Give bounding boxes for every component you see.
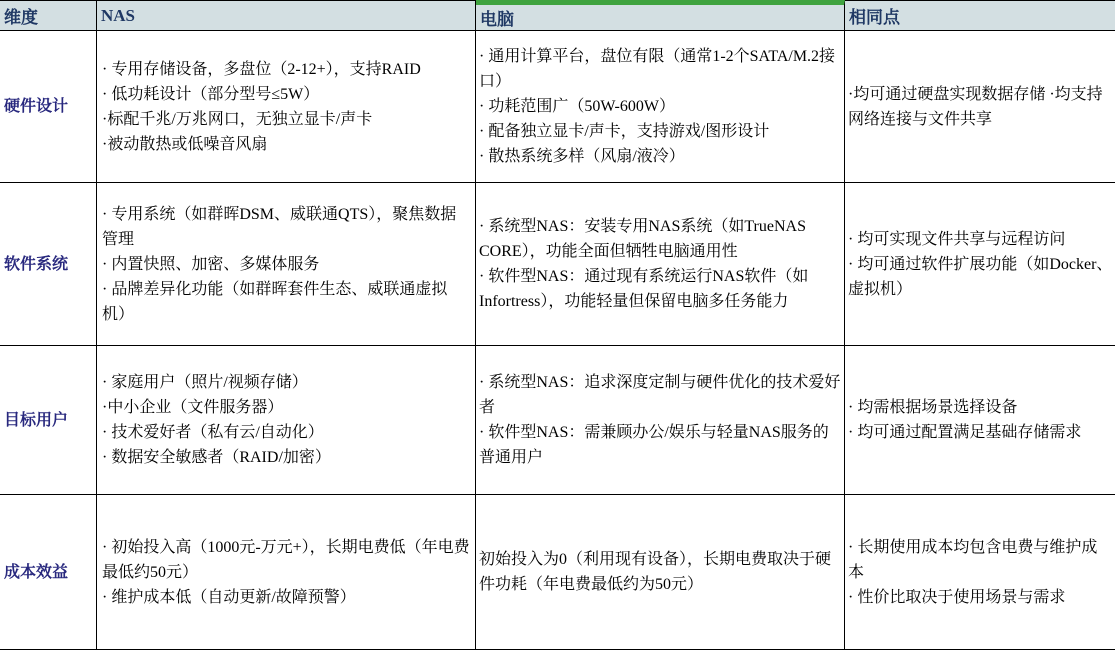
row-label-cost: 成本效益: [0, 495, 97, 650]
cell-users-nas: · 家庭用户（照片/视频存储） ·中小企业（文件服务器） · 技术爱好者（私有云…: [97, 346, 476, 495]
table-row-users: 目标用户 · 家庭用户（照片/视频存储） ·中小企业（文件服务器） · 技术爱好…: [0, 346, 1115, 495]
bullet-line: · 内置快照、加密、多媒体服务: [102, 252, 470, 277]
cell-software-pc: · 系统型NAS：安装专用NAS系统（如TrueNAS CORE），功能全面但牺…: [476, 183, 845, 346]
bullet-line: · 性价比取决于使用场景与需求: [848, 585, 1113, 610]
cell-cost-nas: · 初始投入高（1000元-万元+），长期电费低（年电费最低约50元） · 维护…: [97, 495, 476, 650]
bullet-line: · 品牌差异化功能（如群晖套件生态、威联通虚拟机）: [102, 277, 470, 327]
bullet-line: · 技术爱好者（私有云/自动化）: [102, 420, 470, 445]
row-label-hardware: 硬件设计: [0, 31, 97, 183]
bullet-line: · 配备独立显卡/声卡，支持游戏/图形设计: [479, 119, 842, 144]
header-similarities: 相同点: [845, 0, 1115, 31]
bullet-line: · 专用存储设备，多盘位（2-12+），支持RAID: [102, 57, 470, 82]
bullet-line: · 系统型NAS：追求深度定制与硬件优化的技术爱好者: [479, 370, 842, 420]
header-pc: 电脑: [476, 0, 845, 31]
cell-cost-pc: 初始投入为0（利用现有设备），长期电费取决于硬件功耗（年电费最低约为50元）: [476, 495, 845, 650]
bullet-line: ·被动散热或低噪音风扇: [102, 132, 470, 157]
header-nas: NAS: [97, 0, 476, 31]
bullet-line: · 通用计算平台，盘位有限（通常1-2个SATA/M.2接口）: [479, 44, 842, 94]
bullet-line: · 均需根据场景选择设备: [848, 395, 1113, 420]
bullet-line: 初始投入为0（利用现有设备），长期电费取决于硬件功耗（年电费最低约为50元）: [479, 547, 842, 597]
row-label-users: 目标用户: [0, 346, 97, 495]
bullet-line: · 专用系统（如群晖DSM、威联通QTS），聚焦数据管理: [102, 202, 470, 252]
bullet-line: · 维护成本低（自动更新/故障预警）: [102, 585, 470, 610]
bullet-line: · 低功耗设计（部分型号≤5W）: [102, 82, 470, 107]
bullet-line: · 均可实现文件共享与远程访问: [848, 227, 1113, 252]
bullet-line: · 软件型NAS：需兼顾办公/娱乐与轻量NAS服务的普通用户: [479, 420, 842, 470]
cell-hardware-nas: · 专用存储设备，多盘位（2-12+），支持RAID · 低功耗设计（部分型号≤…: [97, 31, 476, 183]
bullet-line: · 数据安全敏感者（RAID/加密）: [102, 445, 470, 470]
bullet-line: · 均可通过软件扩展功能（如Docker、虚拟机）: [848, 252, 1113, 302]
header-dimension: 维度: [0, 0, 97, 31]
bullet-line: · 长期使用成本均包含电费与维护成本: [848, 535, 1113, 585]
bullet-line: · 功耗范围广（50W-600W）: [479, 94, 842, 119]
table-header-row: 维度 NAS 电脑 相同点: [0, 0, 1115, 31]
table-row-hardware: 硬件设计 · 专用存储设备，多盘位（2-12+），支持RAID · 低功耗设计（…: [0, 31, 1115, 183]
bullet-line: · 系统型NAS：安装专用NAS系统（如TrueNAS CORE），功能全面但牺…: [479, 214, 842, 264]
table-row-software: 软件系统 · 专用系统（如群晖DSM、威联通QTS），聚焦数据管理 · 内置快照…: [0, 183, 1115, 346]
cell-software-common: · 均可实现文件共享与远程访问 · 均可通过软件扩展功能（如Docker、虚拟机…: [845, 183, 1115, 346]
bullet-line: · 软件型NAS：通过现有系统运行NAS软件（如Infortress），功能轻量…: [479, 264, 842, 314]
cell-cost-common: · 长期使用成本均包含电费与维护成本 · 性价比取决于使用场景与需求: [845, 495, 1115, 650]
cell-users-common: · 均需根据场景选择设备 · 均可通过配置满足基础存储需求: [845, 346, 1115, 495]
bullet-line: · 初始投入高（1000元-万元+），长期电费低（年电费最低约50元）: [102, 535, 470, 585]
bullet-line: ·标配千兆/万兆网口，无独立显卡/声卡: [102, 107, 470, 132]
bullet-line: ·中小企业（文件服务器）: [102, 395, 470, 420]
bullet-line: ·均可通过硬盘实现数据存储 ·均支持网络连接与文件共享: [848, 82, 1113, 132]
bullet-line: · 散热系统多样（风扇/液冷）: [479, 144, 842, 169]
cell-software-nas: · 专用系统（如群晖DSM、威联通QTS），聚焦数据管理 · 内置快照、加密、多…: [97, 183, 476, 346]
cell-users-pc: · 系统型NAS：追求深度定制与硬件优化的技术爱好者 · 软件型NAS：需兼顾办…: [476, 346, 845, 495]
cell-hardware-common: ·均可通过硬盘实现数据存储 ·均支持网络连接与文件共享: [845, 31, 1115, 183]
comparison-table: 维度 NAS 电脑 相同点 硬件设计 · 专用存储设备，多盘位（2-12+），支…: [0, 0, 1115, 650]
bullet-line: · 家庭用户（照片/视频存储）: [102, 370, 470, 395]
row-label-software: 软件系统: [0, 183, 97, 346]
bullet-line: · 均可通过配置满足基础存储需求: [848, 420, 1113, 445]
table-row-cost: 成本效益 · 初始投入高（1000元-万元+），长期电费低（年电费最低约50元）…: [0, 495, 1115, 650]
cell-hardware-pc: · 通用计算平台，盘位有限（通常1-2个SATA/M.2接口） · 功耗范围广（…: [476, 31, 845, 183]
